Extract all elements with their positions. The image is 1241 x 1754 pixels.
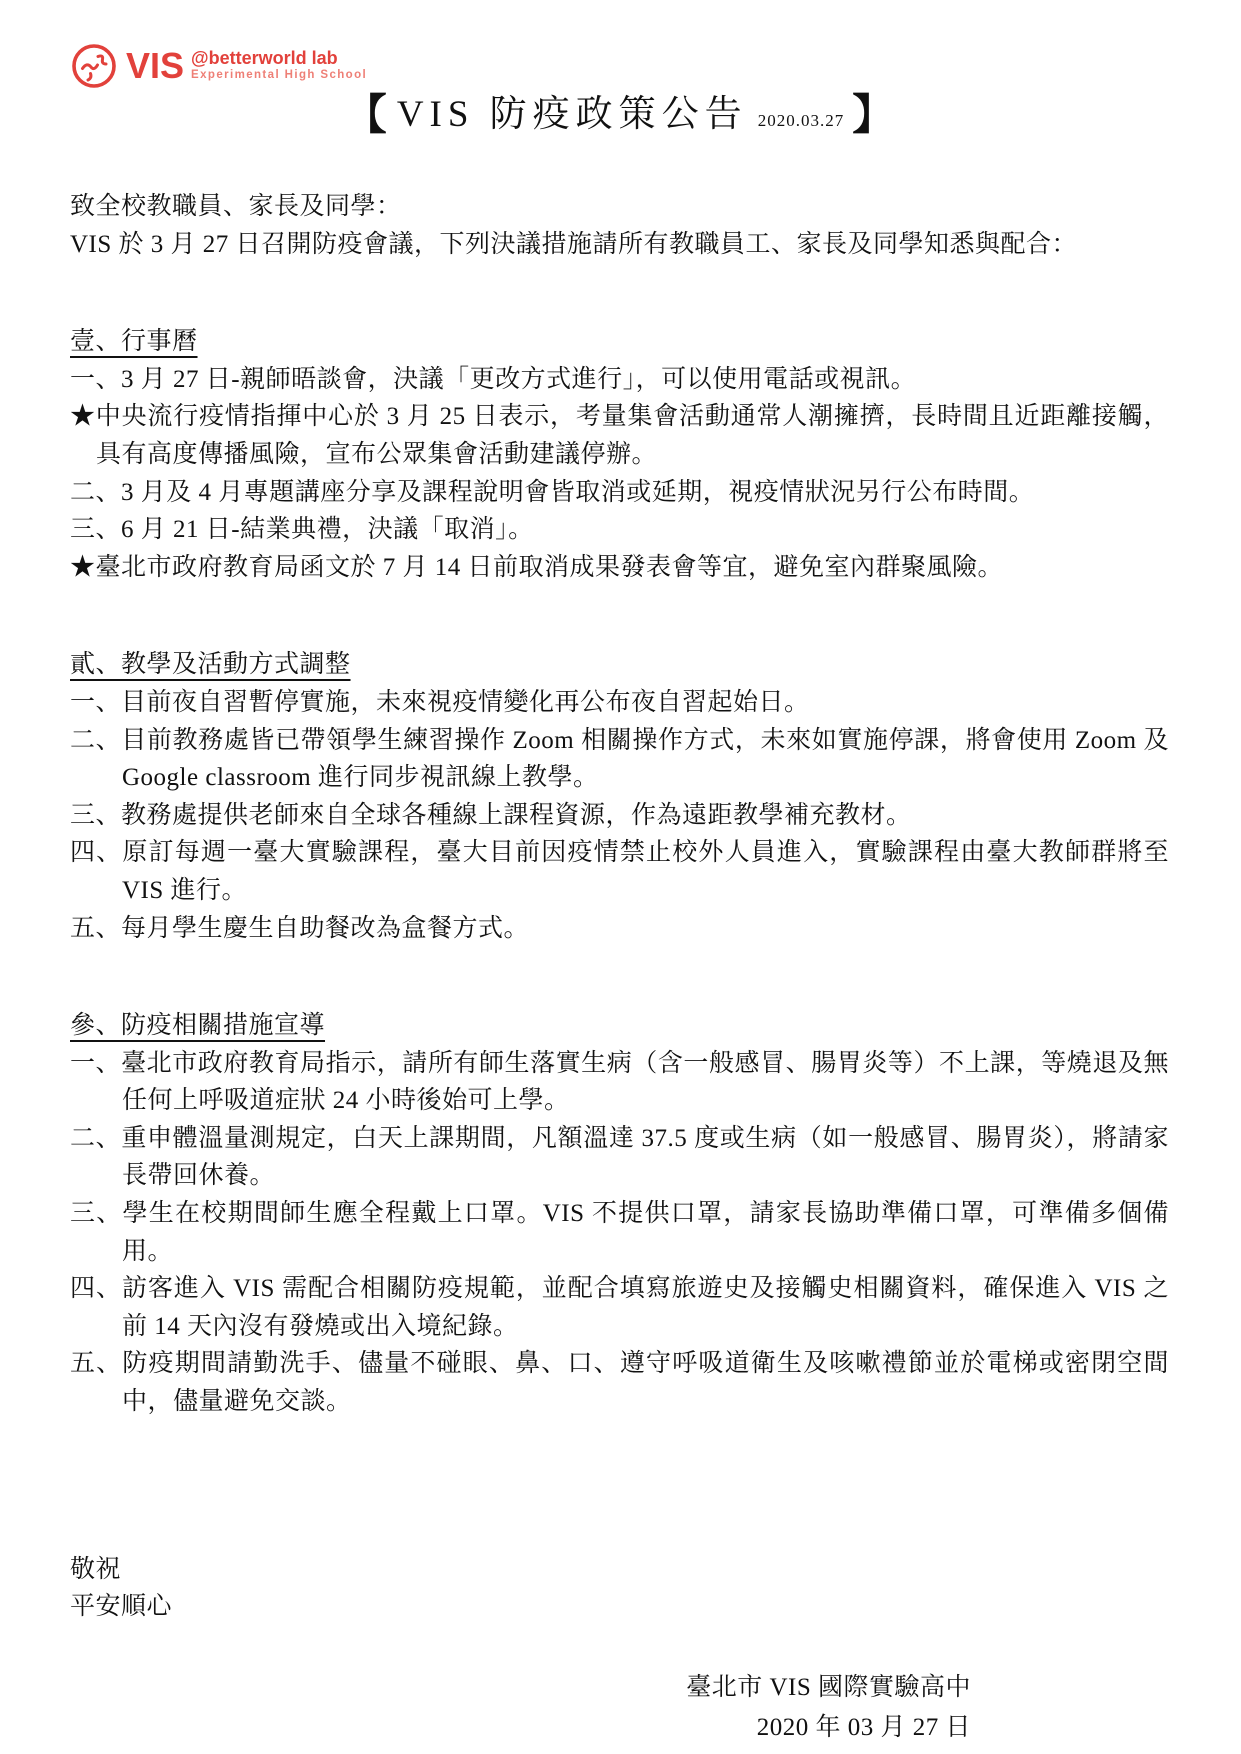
list-item: 二、重申體溫量測規定，白天上課期間，凡額溫達 37.5 度或生病（如一般感冒、腸… xyxy=(70,1120,1169,1195)
list-item: 一、目前夜自習暫停實施，未來視疫情變化再公布夜自習起始日。 xyxy=(70,684,1169,722)
logo-betterworld-text: @betterworld lab xyxy=(191,49,367,69)
section-teaching-adjustments: 貳、教學及活動方式調整 一、目前夜自習暫停實施，未來視疫情變化再公布夜自習起始日… xyxy=(70,646,1169,947)
intro-block: 致全校教職員、家長及同學： VIS 於 3 月 27 日召開防疫會議，下列決議措… xyxy=(70,188,1169,263)
list-item: 五、每月學生慶生自助餐改為盒餐方式。 xyxy=(70,910,1169,948)
list-item: 三、教務處提供老師來自全球各種線上課程資源，作為遠距教學補充教材。 xyxy=(70,797,1169,835)
closing-block: 敬祝 平安順心 xyxy=(70,1551,1169,1626)
title-main-text: VIS 防疫政策公告 xyxy=(397,94,748,135)
section-heading: 貳、教學及活動方式調整 xyxy=(70,646,351,684)
star-note: ★中央流行疫情指揮中心於 3 月 25 日表示，考量集會活動通常人潮擁擠，長時間… xyxy=(70,398,1169,473)
title-open-bracket: 【 xyxy=(345,93,387,139)
list-item: 二、目前教務處皆已帶領學生練習操作 Zoom 相關操作方式，未來如實施停課，將會… xyxy=(70,722,1169,797)
signature-block: 臺北市 VIS 國際實驗高中 2020 年 03 月 27 日 xyxy=(70,1668,1169,1748)
list-item: 三、6 月 21 日-結業典禮，決議「取消」。 xyxy=(70,511,1169,549)
section-heading: 參、防疫相關措施宣導 xyxy=(70,1007,325,1045)
closing-line: 平安順心 xyxy=(70,1588,1169,1626)
list-item: 一、臺北市政府教育局指示，請所有師生落實生病（含一般感冒、腸胃炎等）不上課，等燒… xyxy=(70,1045,1169,1120)
signature-school: 臺北市 VIS 國際實驗高中 xyxy=(70,1668,971,1708)
logo-text-block: @betterworld lab Experimental High Schoo… xyxy=(191,49,367,83)
document-page: VIS @betterworld lab Experimental High S… xyxy=(0,0,1241,1754)
document-body: 致全校教職員、家長及同學： VIS 於 3 月 27 日召開防疫會議，下列決議措… xyxy=(70,188,1169,1748)
page-title: 【VIS 防疫政策公告2020.03.27】 xyxy=(70,82,1169,142)
list-item: 四、訪客進入 VIS 需配合相關防疫規範，並配合填寫旅遊史及接觸史相關資料，確保… xyxy=(70,1270,1169,1345)
section-prevention-measures: 參、防疫相關措施宣導 一、臺北市政府教育局指示，請所有師生落實生病（含一般感冒、… xyxy=(70,1007,1169,1421)
list-item: 一、3 月 27 日-親師晤談會，決議「更改方式進行」，可以使用電話或視訊。 xyxy=(70,361,1169,399)
list-item: 三、學生在校期間師生應全程戴上口罩。VIS 不提供口罩，請家長協助準備口罩，可準… xyxy=(70,1195,1169,1270)
title-date: 2020.03.27 xyxy=(758,111,845,130)
title-close-bracket: 】 xyxy=(852,93,894,139)
list-item: 五、防疫期間請勤洗手、儘量不碰眼、鼻、口、遵守呼吸道衛生及咳嗽禮節並於電梯或密閉… xyxy=(70,1345,1169,1420)
section-heading: 壹、行事曆 xyxy=(70,323,198,361)
intro-line: VIS 於 3 月 27 日召開防疫會議，下列決議措施請所有教職員工、家長及同學… xyxy=(70,226,1169,264)
signature-date: 2020 年 03 月 27 日 xyxy=(70,1708,971,1748)
star-note: ★臺北市政府教育局函文於 7 月 14 日前取消成果發表會等宜，避免室內群聚風險… xyxy=(70,549,1169,587)
logo-vis-text: VIS xyxy=(126,48,184,84)
salutation-line: 致全校教職員、家長及同學： xyxy=(70,188,1169,226)
list-item: 四、原訂每週一臺大實驗課程，臺大目前因疫情禁止校外人員進入，實驗課程由臺大教師群… xyxy=(70,834,1169,909)
closing-line: 敬祝 xyxy=(70,1551,1169,1589)
list-item: 二、3 月及 4 月專題講座分享及課程說明會皆取消或延期，視疫情狀況另行公布時間… xyxy=(70,474,1169,512)
section-calendar: 壹、行事曆 一、3 月 27 日-親師晤談會，決議「更改方式進行」，可以使用電話… xyxy=(70,323,1169,586)
logo-school-text: Experimental High School xyxy=(191,69,367,83)
logo-circle-squiggle-icon xyxy=(70,42,118,90)
